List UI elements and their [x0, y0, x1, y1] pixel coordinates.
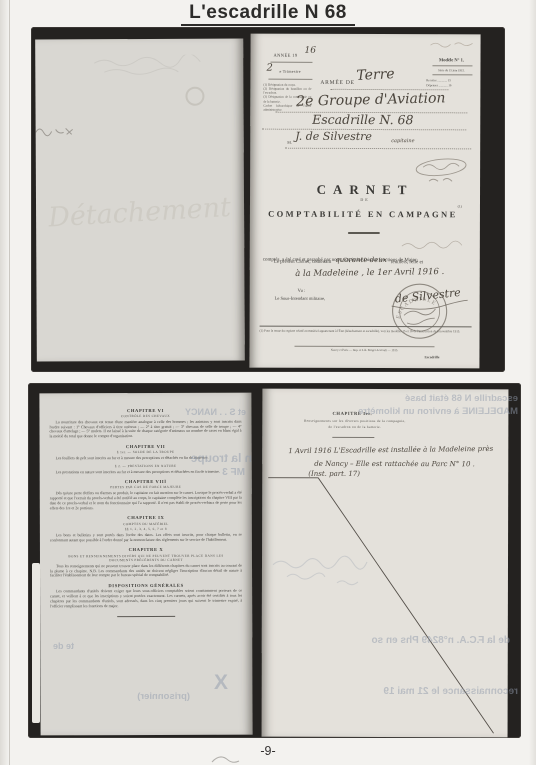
bleedthrough-text: de la F.C.A. n°8249 Phs en so [342, 635, 510, 646]
scan-left-edge [0, 0, 10, 765]
intendant-label: Le Sous-Intendant militaire, [275, 296, 326, 301]
header: L'escadrille N 68 [0, 2, 536, 26]
modele-label: Modèle N° 1. [428, 57, 474, 62]
footnote: (1) Pour la tenue du registre relatif au… [260, 329, 472, 334]
date-handwritten: à la Madeleine , le 1er Avril 1916 . [290, 267, 450, 279]
bleedthrough-text: X [198, 671, 228, 695]
rule [268, 79, 312, 80]
corner-note: Escadrille [424, 355, 439, 359]
photo-top-right-page: ANNÉE 19 16 2 e Trimestre (1) Désignatio… [249, 34, 480, 369]
armee-value: Terre [356, 66, 395, 84]
trimestre-label: e Trimestre [279, 69, 300, 74]
name-value: J. de Silvestre [295, 130, 372, 143]
bleedthrough-cursive-scribble [267, 555, 397, 589]
carnet-subtitle-ref: (1) [458, 204, 462, 208]
chapter-body: Tous les renseignements qui ne peuvent t… [50, 563, 242, 578]
rule [270, 62, 312, 63]
body-line2: comptés, a été coté et paraphé par nous,… [263, 258, 418, 264]
bleedthrough-text: te de [42, 641, 74, 651]
serie-label: Série du 15 juin 1915. [426, 68, 476, 72]
rule [432, 74, 472, 75]
bleedthrough-watermark: Détachement [47, 192, 238, 234]
chapter-body: La nourriture des chevaux est tenue d'un… [49, 419, 241, 439]
interlinear-scribble [400, 240, 472, 250]
chapter-heading: CHAPITRE IX [50, 515, 242, 521]
bleedthrough-text: reconnaissance le 21 mai 19 [370, 686, 518, 697]
chapter-body: Les commandants d'unités doivent exiger … [50, 589, 242, 609]
pencil-note-scribble [429, 39, 477, 49]
end-rule [117, 616, 175, 617]
chapter-subheading: COMPTES DU MATÉRIEL [50, 521, 242, 526]
photo-bottom: CHAPITRE VI CONTRÔLE DES CHEVAUX La nour… [28, 383, 521, 738]
chapter-body: Dès qu'une perte d'effets ou d'armes se … [50, 491, 242, 511]
carnet-de: DE [280, 197, 450, 203]
name-suffix: capitaine [391, 138, 414, 144]
bleedthrough-text: escadrille N 68 était basé [390, 393, 518, 404]
chapter-heading: CHAPITRE VII [50, 443, 242, 449]
edge-pen-scribble [34, 123, 76, 141]
annee-value: 16 [305, 46, 316, 56]
chapter-subheading: BONS ET RENSEIGNEMENTS DIVERS QUI NE PEU… [67, 554, 225, 563]
bleedthrough-text: et S . . NANCY [148, 407, 246, 417]
name-prefix: M. [287, 140, 292, 145]
chapters-column: CHAPITRE VI CONTRÔLE DES CHEVAUX La nour… [49, 403, 242, 617]
carnet-subtitle: COMPTABILITÉ EN CAMPAGNE [268, 209, 458, 220]
chapter-subheading: PERTES PAR CAS DE FORCE MAJEURE [50, 485, 242, 490]
photo-top: Détachement ANNÉE 19 16 2 e Trimestre (1… [31, 27, 505, 372]
chapter-heading: CHAPITRE X [50, 547, 242, 553]
chapter-heading: DISPOSITIONS GÉNÉRALES [50, 582, 242, 588]
scan-right-edge [529, 0, 536, 765]
armee-label: ARMÉE DE [320, 80, 354, 86]
signature-flourish [390, 296, 470, 310]
bleedthrough-text: (prisonnier) [96, 691, 190, 702]
footnote-rule [260, 326, 472, 328]
decorative-rule [348, 232, 380, 234]
rule [432, 65, 472, 66]
annee-label: ANNÉE 19 [273, 53, 297, 58]
groupe-value: 2e Groupe d'Aviation [288, 90, 453, 110]
page-edge-sliver [32, 563, 40, 723]
chapter-heading: CHAPITRE VIII [50, 479, 242, 485]
bleedthrough-text: n la troupe [190, 451, 252, 465]
scan-page: L'escadrille N 68 Détachement ANNÉE 19 1… [0, 0, 536, 765]
bleedthrough-text: MADELEINE à environ un kilomètre de [358, 406, 518, 417]
printer-line: Nancy et Paris — Imp. et Lib. Berger-Lev… [269, 348, 459, 353]
depenses-row: Dépenses ............ 16 [426, 83, 476, 87]
chapter-body: Les bons et bulletins y sont portés dans… [50, 533, 242, 543]
carnet-subtitle-row: COMPTABILITÉ EN CAMPAGNE(1) [258, 204, 472, 223]
faint-ring-mark [185, 87, 204, 106]
dotted-line [285, 148, 471, 150]
photo-top-left-page: Détachement [35, 38, 245, 361]
trimestre-value: 2 [266, 63, 272, 74]
chapter-subheading2: §§ 1, 2, 3, 4, 5, 6, 7 et 8 [50, 527, 242, 532]
escadrille-value: Escadrille N. 68 [300, 112, 425, 127]
faint-handwriting-scribble [90, 55, 205, 80]
bleedthrough-text: MF 3 [205, 467, 245, 478]
page-number: -9- [0, 744, 536, 758]
recettes-row: Recettes ............. 15 [426, 78, 476, 82]
vu-label: Vu : [298, 288, 306, 293]
page-title: L'escadrille N 68 [181, 2, 355, 26]
